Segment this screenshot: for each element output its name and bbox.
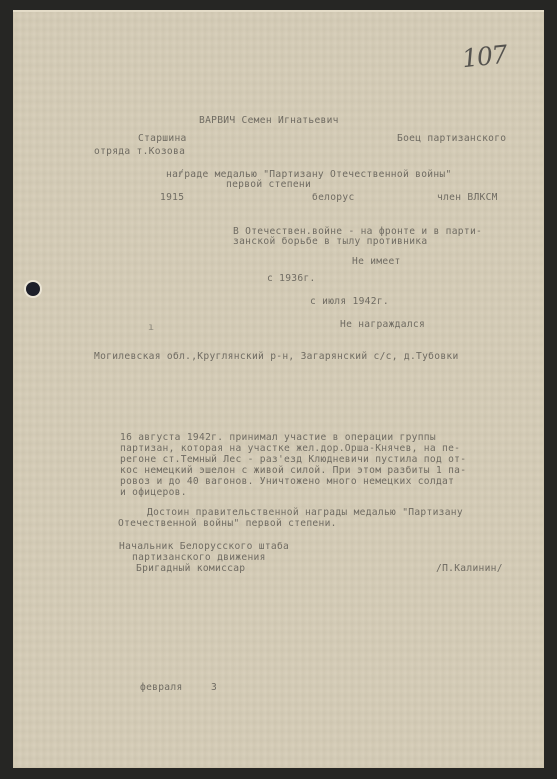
paper-top-edge <box>13 10 544 12</box>
position-line-1: Боец партизанского <box>397 134 506 144</box>
award-line-2: первой степени <box>226 180 311 190</box>
partisan-since: с июля 1942г. <box>310 297 389 307</box>
nationality: белорус <box>312 193 355 203</box>
signer-name: /П.Калинин/ <box>436 564 503 574</box>
feat-line-5: ровоз и до 40 вагонов. Уничтожено много … <box>120 477 454 487</box>
stray-mark: ı <box>148 322 154 333</box>
party-membership: член ВЛКСМ <box>437 193 498 203</box>
feat-line-6: и офицеров. <box>120 488 187 498</box>
signer-title-line-2: партизанского движения <box>132 553 266 563</box>
previous-awards: Не награждался <box>340 320 425 330</box>
birth-year: 1915 <box>160 193 184 203</box>
signer-title-line-3: Бригадный комиссар <box>136 564 245 574</box>
recipient-name: ВАРВИЧ Семен Игнатьевич <box>199 116 339 126</box>
feat-line-4: кос немецкий эшелон с живой силой. При э… <box>120 466 466 476</box>
army-since: с 1936г. <box>267 274 316 284</box>
date-day: 3 <box>211 683 217 693</box>
archive-page-number: 107 <box>461 40 509 74</box>
signer-title-line-1: Начальник Белорусского штаба <box>119 542 289 552</box>
recommendation-line-2: Отечественной войны" первой степени. <box>118 519 337 529</box>
date-month: февраля <box>140 683 183 693</box>
feat-line-2: партизан, которая на участке жел.дор.Орш… <box>120 444 460 454</box>
military-rank: Старшина <box>138 134 187 144</box>
stray-mark: / <box>178 168 184 179</box>
participation-line-2: занской борьбе в тылу противника <box>233 237 427 247</box>
wounds-status: Не имеет <box>352 257 401 267</box>
feat-line-1: 16 августа 1942г. принимал участие в опе… <box>120 433 436 443</box>
recommendation-line-1: Достоин правительственной награды медаль… <box>147 508 463 518</box>
feat-line-3: регоне ст.Темный Лес - раз'езд Клюдневич… <box>120 455 466 465</box>
position-line-2: отряда т.Козова <box>94 147 185 157</box>
home-address: Могилевская обл.,Круглянский р-н, Загаря… <box>94 352 459 362</box>
punch-hole <box>26 282 40 296</box>
